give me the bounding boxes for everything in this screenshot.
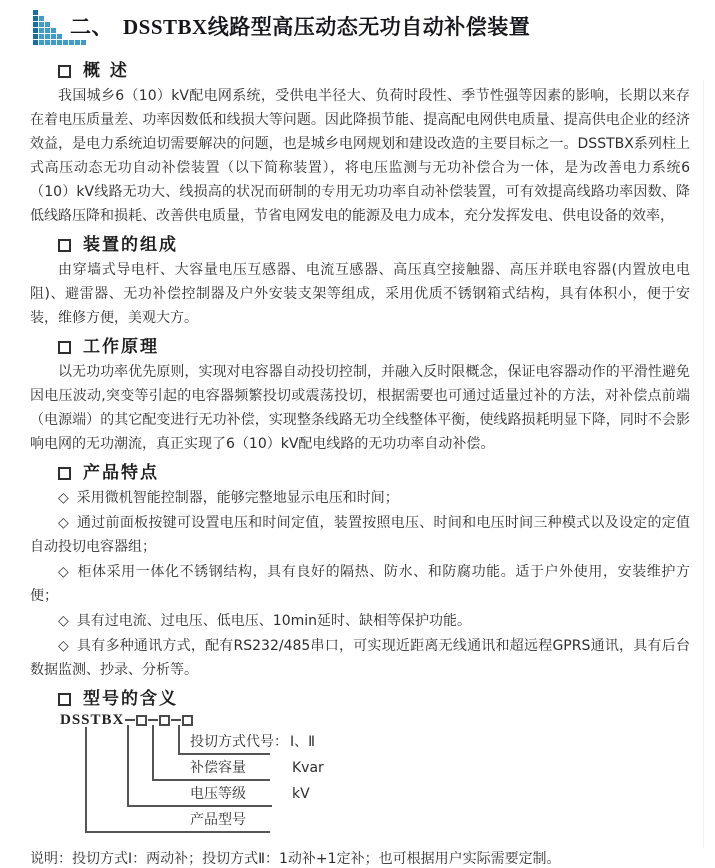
dash-connector <box>171 719 181 721</box>
footnote: 说明：投切方式Ⅰ：两动补；投切方式Ⅱ：1动补+1定补；也可根据用户实际需要定制。 <box>30 849 690 868</box>
section-title: 产品特点 <box>83 463 159 483</box>
connector-line-capacity <box>152 725 154 780</box>
model-field-box <box>159 715 170 726</box>
section-title: 型号的含义 <box>83 689 178 709</box>
square-bullet-icon <box>58 467 71 480</box>
section-title: 概 述 <box>83 61 129 81</box>
section-heading-composition: 装置的组成 <box>58 235 690 255</box>
feature-text: 采用微机智能控制器，能够完整地显示电压和时间； <box>77 490 399 506</box>
diagram-value-capacity: Kvar <box>292 759 324 777</box>
feature-item: ◇采用微机智能控制器，能够完整地显示电压和时间； <box>30 486 690 510</box>
connector-line-product <box>85 727 87 832</box>
diamond-bullet-icon: ◇ <box>58 613 69 629</box>
diagram-label-voltage: 电压等级 <box>190 785 246 803</box>
feature-item: ◇柜体采用一体化不锈钢结构，具有良好的隔热、防水、和防腐功能。适于户外使用，安装… <box>30 560 690 608</box>
model-field-box <box>182 715 193 726</box>
feature-item: ◇具有过电流、过电压、低电压、10min延时、缺相等保护功能。 <box>30 609 690 633</box>
diagram-label-switch-mode: 投切方式代号： <box>190 733 288 751</box>
section-heading-principle: 工作原理 <box>58 337 690 357</box>
feature-text: 具有多种通讯方式，配有RS232/485串口，可实现近距离无线通讯和超远程GPR… <box>30 638 690 678</box>
section-heading-model-meaning: 型号的含义 <box>58 689 690 709</box>
document-header: 二、DSSTBX线路型高压动态无功自动补偿装置 <box>30 8 690 54</box>
connector-line-voltage <box>127 725 129 806</box>
underline-capacity <box>152 779 270 781</box>
square-bullet-icon <box>58 239 71 252</box>
principle-paragraph: 以无功功率优先原则，实现对电容器自动投切控制，并融入反时限概念，保证电容器动作的… <box>30 360 690 456</box>
page-title: 二、DSSTBX线路型高压动态无功自动补偿装置 <box>70 8 690 40</box>
connector-line-mode <box>178 725 180 754</box>
document-page: 二、DSSTBX线路型高压动态无功自动补偿装置 概 述 我国城乡6（10）kV配… <box>0 0 715 868</box>
section-title: 装置的组成 <box>83 235 178 255</box>
diamond-bullet-icon: ◇ <box>58 490 69 506</box>
section-title: 工作原理 <box>83 337 159 357</box>
underline-mode <box>178 753 270 755</box>
model-field-box <box>136 715 147 726</box>
model-number-diagram: DSSTBX 投切方式代号： Ⅰ、Ⅱ 补偿容量 Kvar <box>30 713 690 841</box>
composition-paragraph: 由穿墙式导电杆、大容量电压互感器、电流互感器、高压真空接触器、高压并联电容器(内… <box>30 258 690 330</box>
title-text: DSSTBX线路型高压动态无功自动补偿装置 <box>123 15 530 39</box>
feature-item: ◇通过前面板按键可设置电压和时间定值，装置按照电压、时间和电压时间三种模式以及设… <box>30 511 690 559</box>
section-heading-features: 产品特点 <box>58 463 690 483</box>
square-bullet-icon <box>58 693 71 706</box>
section-heading-overview: 概 述 <box>58 61 690 81</box>
dash-connector <box>125 719 135 721</box>
diamond-bullet-icon: ◇ <box>58 515 69 531</box>
dash-connector <box>148 719 158 721</box>
square-bullet-icon <box>58 341 71 354</box>
diagram-value-switch-mode: Ⅰ、Ⅱ <box>290 733 315 751</box>
feature-text: 通过前面板按键可设置电压和时间定值，装置按照电压、时间和电压时间三种模式以及设定… <box>30 515 690 555</box>
feature-text: 柜体采用一体化不锈钢结构，具有良好的隔热、防水、和防腐功能。适于户外使用，安装维… <box>30 564 690 604</box>
square-bullet-icon <box>58 65 71 78</box>
document-content: 二、DSSTBX线路型高压动态无功自动补偿装置 概 述 我国城乡6（10）kV配… <box>0 0 715 868</box>
diamond-bullet-icon: ◇ <box>58 638 69 654</box>
model-prefix: DSSTBX <box>60 712 124 729</box>
diagram-label-product-model: 产品型号 <box>190 811 246 829</box>
diamond-bullet-icon: ◇ <box>58 564 69 580</box>
feature-text: 具有过电流、过电压、低电压、10min延时、缺相等保护功能。 <box>77 613 471 629</box>
underline-product <box>85 831 270 833</box>
diagram-label-capacity: 补偿容量 <box>190 759 246 777</box>
overview-paragraph: 我国城乡6（10）kV配电网系统，受供电半径大、负荷时段性、季节性强等因素的影响… <box>30 84 690 228</box>
logo-pixel-pyramid-icon <box>33 10 87 46</box>
underline-voltage <box>127 805 272 807</box>
diagram-value-voltage: kV <box>292 785 310 803</box>
feature-item: ◇具有多种通讯方式，配有RS232/485串口，可实现近距离无线通讯和超远程GP… <box>30 634 690 682</box>
